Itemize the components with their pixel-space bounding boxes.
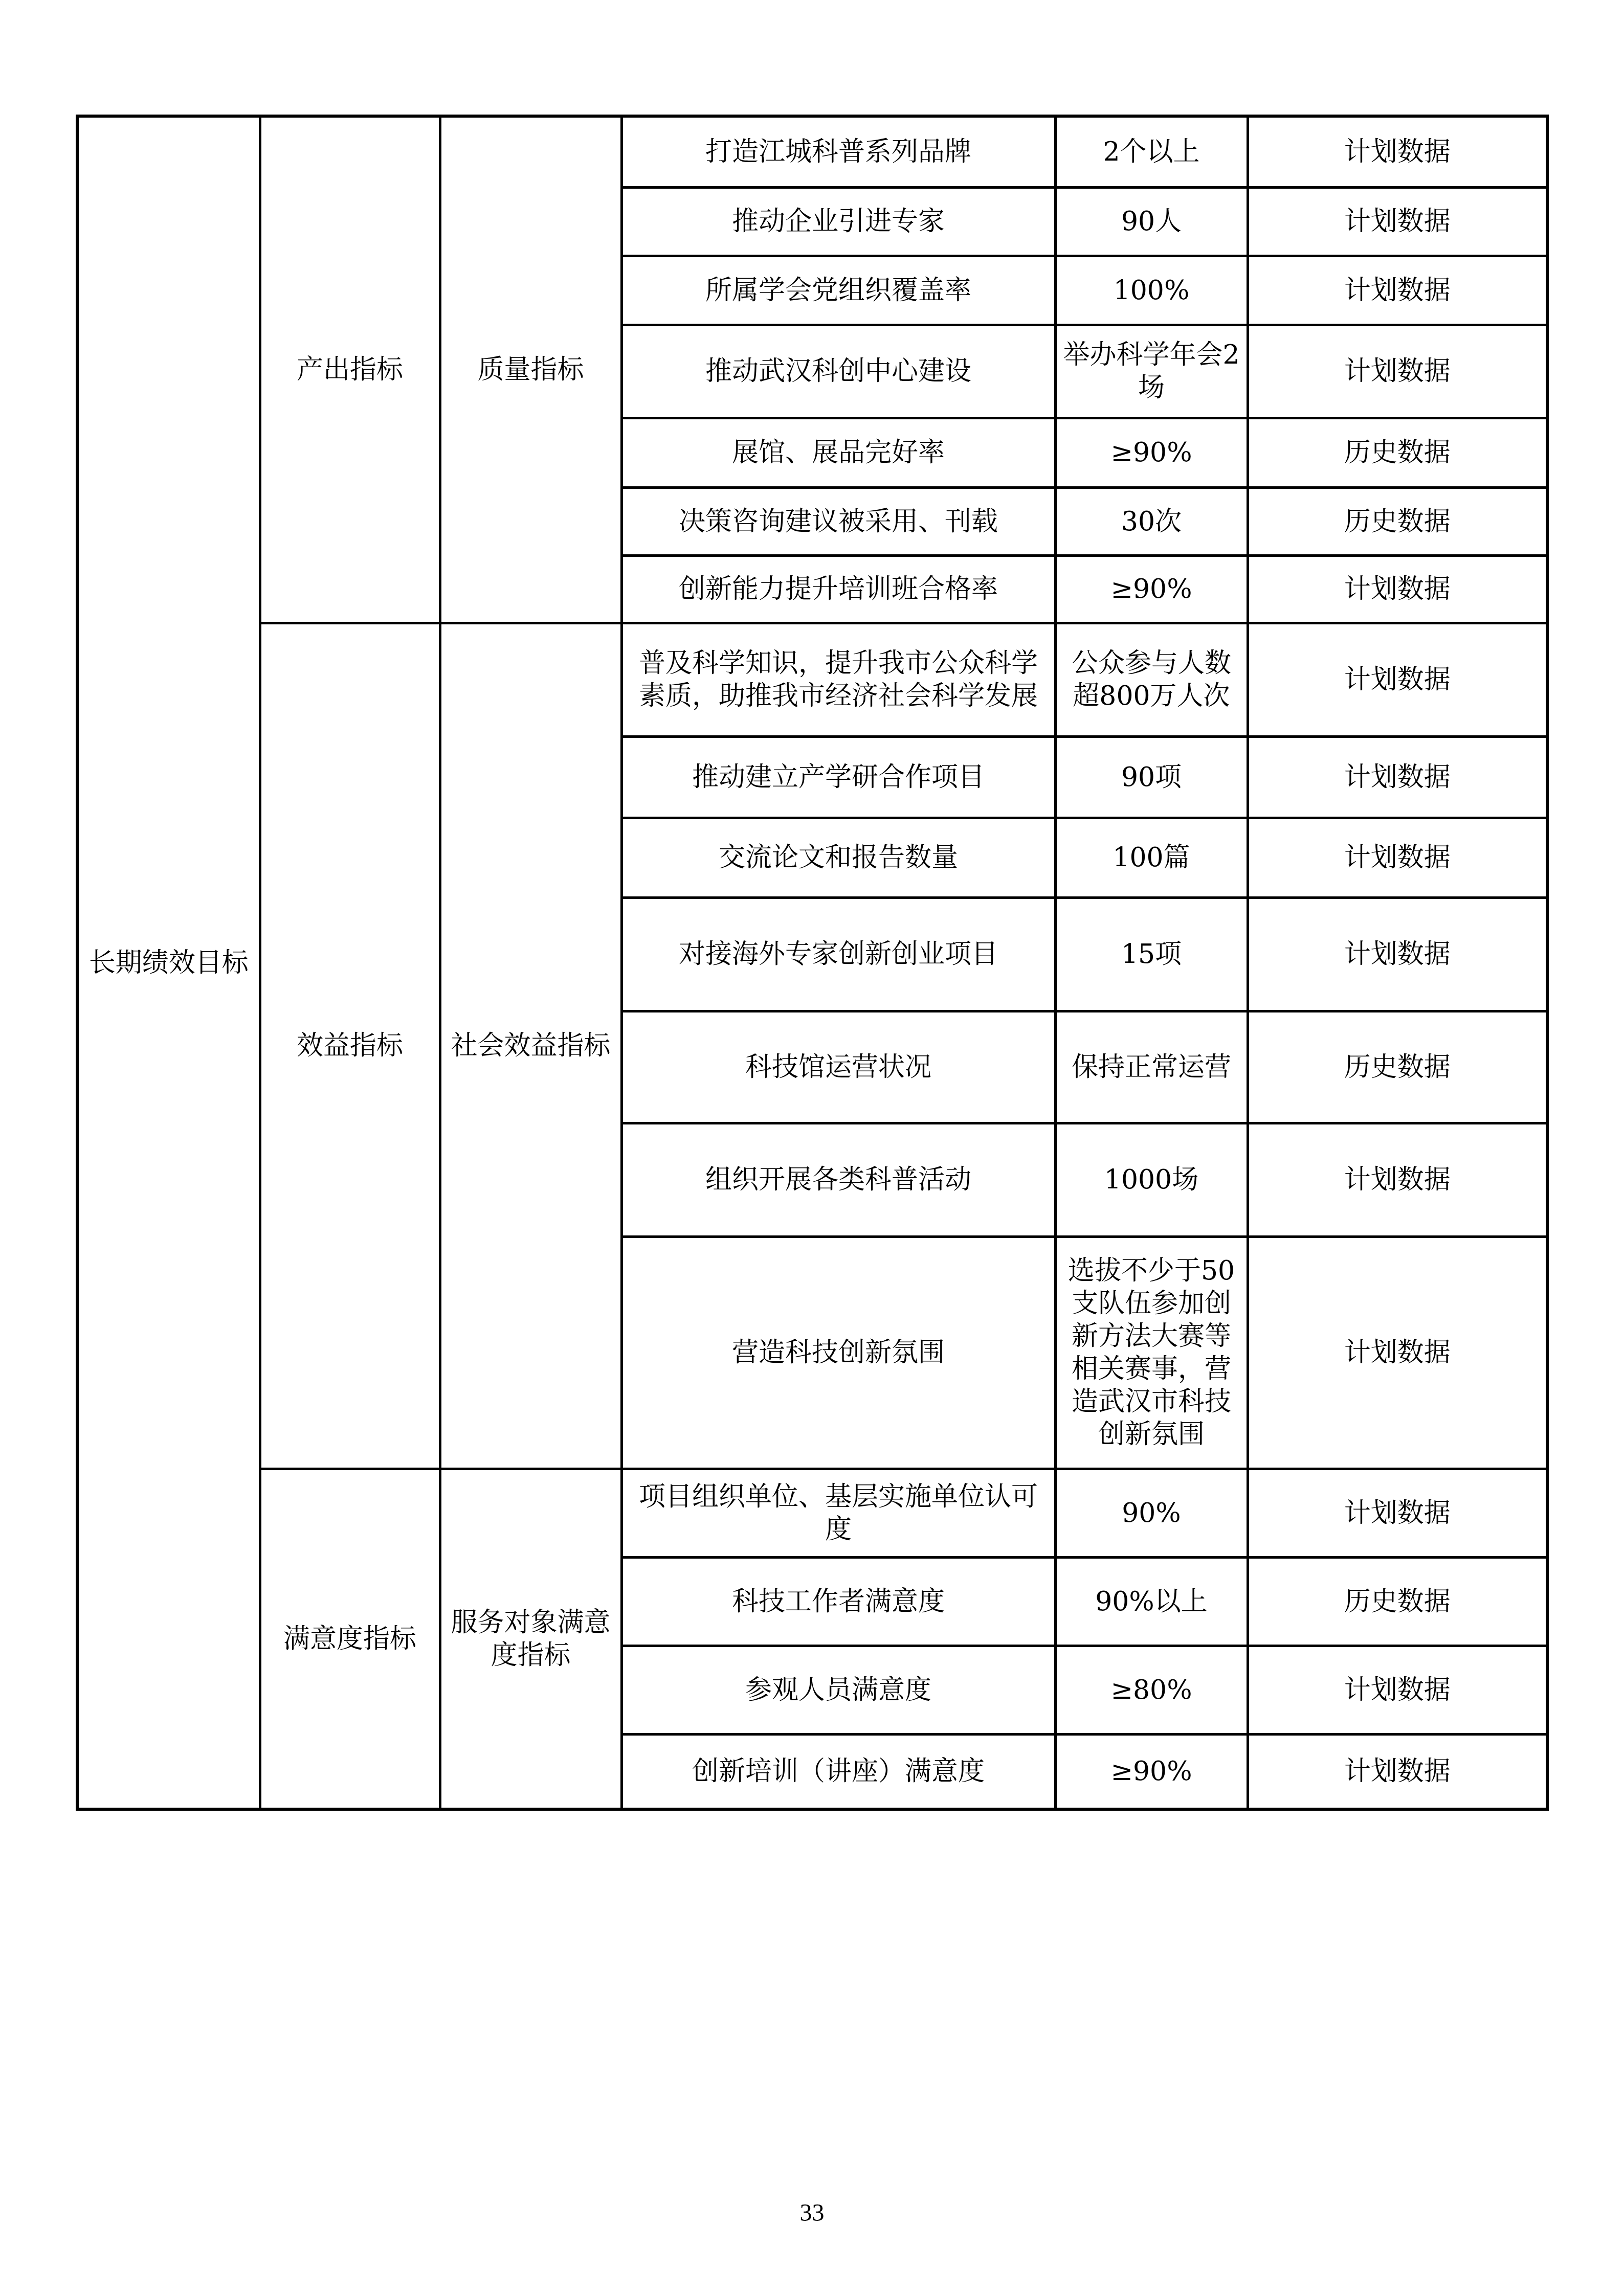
source-cell: 计划数据 [1248,1236,1547,1469]
indicator-cell: 组织开展各类科普活动 [621,1123,1055,1236]
source-cell: 计划数据 [1248,187,1547,256]
level3-cell: 社会效益指标 [440,623,621,1469]
indicator-cell: 展馆、展品完好率 [621,418,1055,487]
value-cell: 2个以上 [1055,116,1248,187]
source-cell: 计划数据 [1248,1123,1547,1236]
source-cell: 计划数据 [1248,736,1547,818]
source-cell: 计划数据 [1248,897,1547,1011]
indicator-cell: 项目组织单位、基层实施单位认可度 [621,1469,1055,1557]
value-cell: ≥90% [1055,418,1248,487]
level2-cell: 产出指标 [260,116,440,623]
source-cell: 历史数据 [1248,1557,1547,1646]
value-cell: 举办科学年会2场 [1055,325,1248,418]
indicator-cell: 所属学会党组织覆盖率 [621,256,1055,325]
indicator-cell: 创新培训（讲座）满意度 [621,1734,1055,1809]
value-cell: 1000场 [1055,1123,1248,1236]
level2-cell: 满意度指标 [260,1469,440,1809]
value-cell: 30次 [1055,487,1248,555]
value-cell: 90% [1055,1469,1248,1557]
value-cell: 保持正常运营 [1055,1011,1248,1123]
value-cell: 90项 [1055,736,1248,818]
value-cell: 15项 [1055,897,1248,1011]
table-row: 效益指标 社会效益指标 普及科学知识，提升我市公众科学素质，助推我市经济社会科学… [77,623,1547,736]
level3-cell: 质量指标 [440,116,621,623]
source-cell: 计划数据 [1248,1469,1547,1557]
level3-cell: 服务对象满意度指标 [440,1469,621,1809]
source-cell: 计划数据 [1248,1646,1547,1734]
value-cell: ≥90% [1055,555,1248,623]
indicator-cell: 营造科技创新氛围 [621,1236,1055,1469]
source-cell: 计划数据 [1248,1734,1547,1809]
source-cell: 计划数据 [1248,623,1547,736]
value-cell: 90人 [1055,187,1248,256]
indicator-cell: 交流论文和报告数量 [621,818,1055,897]
value-cell: 选拔不少于50支队伍参加创新方法大赛等相关赛事，营造武汉市科技创新氛围 [1055,1236,1248,1469]
indicator-cell: 推动武汉科创中心建设 [621,325,1055,418]
indicator-cell: 推动建立产学研合作项目 [621,736,1055,818]
source-cell: 计划数据 [1248,116,1547,187]
indicator-cell: 决策咨询建议被采用、刊载 [621,487,1055,555]
indicator-cell: 参观人员满意度 [621,1646,1055,1734]
level2-cell: 效益指标 [260,623,440,1469]
page-number: 33 [0,2199,1624,2227]
source-cell: 计划数据 [1248,325,1547,418]
indicator-cell: 推动企业引进专家 [621,187,1055,256]
source-cell: 计划数据 [1248,256,1547,325]
indicator-cell: 创新能力提升培训班合格率 [621,555,1055,623]
level1-cell: 长期绩效目标 [77,116,260,1809]
indicator-cell: 科技工作者满意度 [621,1557,1055,1646]
indicator-cell: 对接海外专家创新创业项目 [621,897,1055,1011]
value-cell: ≥80% [1055,1646,1248,1734]
source-cell: 计划数据 [1248,555,1547,623]
value-cell: 公众参与人数超800万人次 [1055,623,1248,736]
value-cell: 90%以上 [1055,1557,1248,1646]
table-row: 满意度指标 服务对象满意度指标 项目组织单位、基层实施单位认可度 90% 计划数… [77,1469,1547,1557]
value-cell: 100篇 [1055,818,1248,897]
source-cell: 历史数据 [1248,487,1547,555]
value-cell: ≥90% [1055,1734,1248,1809]
indicator-cell: 科技馆运营状况 [621,1011,1055,1123]
source-cell: 历史数据 [1248,418,1547,487]
indicator-cell: 打造江城科普系列品牌 [621,116,1055,187]
value-cell: 100% [1055,256,1248,325]
table-row: 长期绩效目标 产出指标 质量指标 打造江城科普系列品牌 2个以上 计划数据 [77,116,1547,187]
source-cell: 历史数据 [1248,1011,1547,1123]
indicator-cell: 普及科学知识，提升我市公众科学素质，助推我市经济社会科学发展 [621,623,1055,736]
performance-indicator-table: 长期绩效目标 产出指标 质量指标 打造江城科普系列品牌 2个以上 计划数据 推动… [76,115,1549,1811]
source-cell: 计划数据 [1248,818,1547,897]
